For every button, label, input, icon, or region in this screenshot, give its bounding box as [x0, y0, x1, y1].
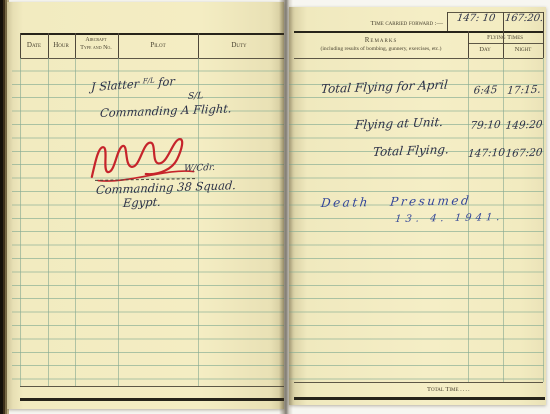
- page-gutter-shadow: [279, 0, 293, 414]
- carried-forward-day-value: 147: 10: [448, 13, 504, 24]
- summary-row-day: 6:45: [467, 84, 503, 97]
- left-col-line: [20, 33, 21, 58]
- left-table-top-rule: [20, 33, 284, 35]
- death-presumed-note: Death Presumed: [320, 193, 472, 210]
- left-page: Date Hour Aircraft Type and No. Pilot Du…: [7, 2, 284, 409]
- left-col-line: [75, 33, 76, 58]
- summary-row-night: 17:15.: [502, 84, 545, 98]
- time-carried-forward-label: Time carried forward :—: [289, 20, 443, 27]
- remarks-header: Remarks: [365, 36, 398, 44]
- left-footer-rule: [20, 386, 284, 387]
- co-rank: W/Cdr.: [184, 163, 216, 174]
- right-col-line: [543, 58, 544, 382]
- right-footer-rule: [294, 382, 543, 383]
- summary-row-night: 167:20: [502, 147, 545, 161]
- column-header-pilot: Pilot: [150, 41, 165, 49]
- total-time-text: Total Time: [427, 386, 459, 393]
- certifying-rank: F/L: [143, 77, 155, 86]
- certifying-for: for: [158, 74, 175, 89]
- left-col-line: [48, 58, 49, 386]
- left-col-line: [20, 58, 21, 386]
- right-table-top-rule: [294, 31, 543, 33]
- column-header-hour: Hour: [53, 41, 69, 49]
- total-time-label: Total Time ....: [427, 386, 471, 393]
- carried-forward-night-value: 167:20.: [502, 13, 546, 24]
- summary-row-day: 147:10: [467, 147, 503, 160]
- co-location-line: Egypt.: [123, 195, 162, 210]
- summary-row-night: 149:20: [502, 119, 545, 133]
- left-col-line: [48, 33, 49, 58]
- death-presumed-date: 13. 4. 1941.: [394, 212, 504, 225]
- flying-times-underline: [468, 43, 543, 44]
- right-col-line: [503, 31, 504, 58]
- right-col-line: [543, 31, 544, 58]
- right-page: Time carried forward :— 147: 10 167:20. …: [289, 7, 546, 405]
- column-header-aircraft-2: Type and No.: [80, 45, 112, 51]
- left-col-line: [118, 33, 119, 58]
- night-column-header: Night: [515, 46, 532, 53]
- day-column-header: Day: [479, 46, 490, 53]
- certifying-for-rank: S/L: [188, 91, 204, 102]
- remarks-subheader: (including results of bombing, gunnery, …: [321, 46, 442, 52]
- column-header-aircraft-1: Aircraft: [85, 37, 106, 43]
- total-time-dots: ....: [460, 386, 471, 393]
- left-col-line: [198, 33, 199, 58]
- summary-row-label: Total Flying.: [372, 142, 449, 159]
- column-header-duty: Duty: [231, 41, 246, 49]
- summary-row-day: 79:10: [467, 119, 503, 132]
- logbook-scan: Date Hour Aircraft Type and No. Pilot Du…: [0, 0, 550, 414]
- left-col-line: [75, 58, 76, 386]
- right-bottom-rule: [294, 397, 545, 400]
- flying-times-header: Flying Times: [487, 34, 523, 41]
- left-bottom-rule: [20, 398, 284, 401]
- column-header-date: Date: [27, 41, 41, 49]
- right-col-line: [468, 31, 469, 58]
